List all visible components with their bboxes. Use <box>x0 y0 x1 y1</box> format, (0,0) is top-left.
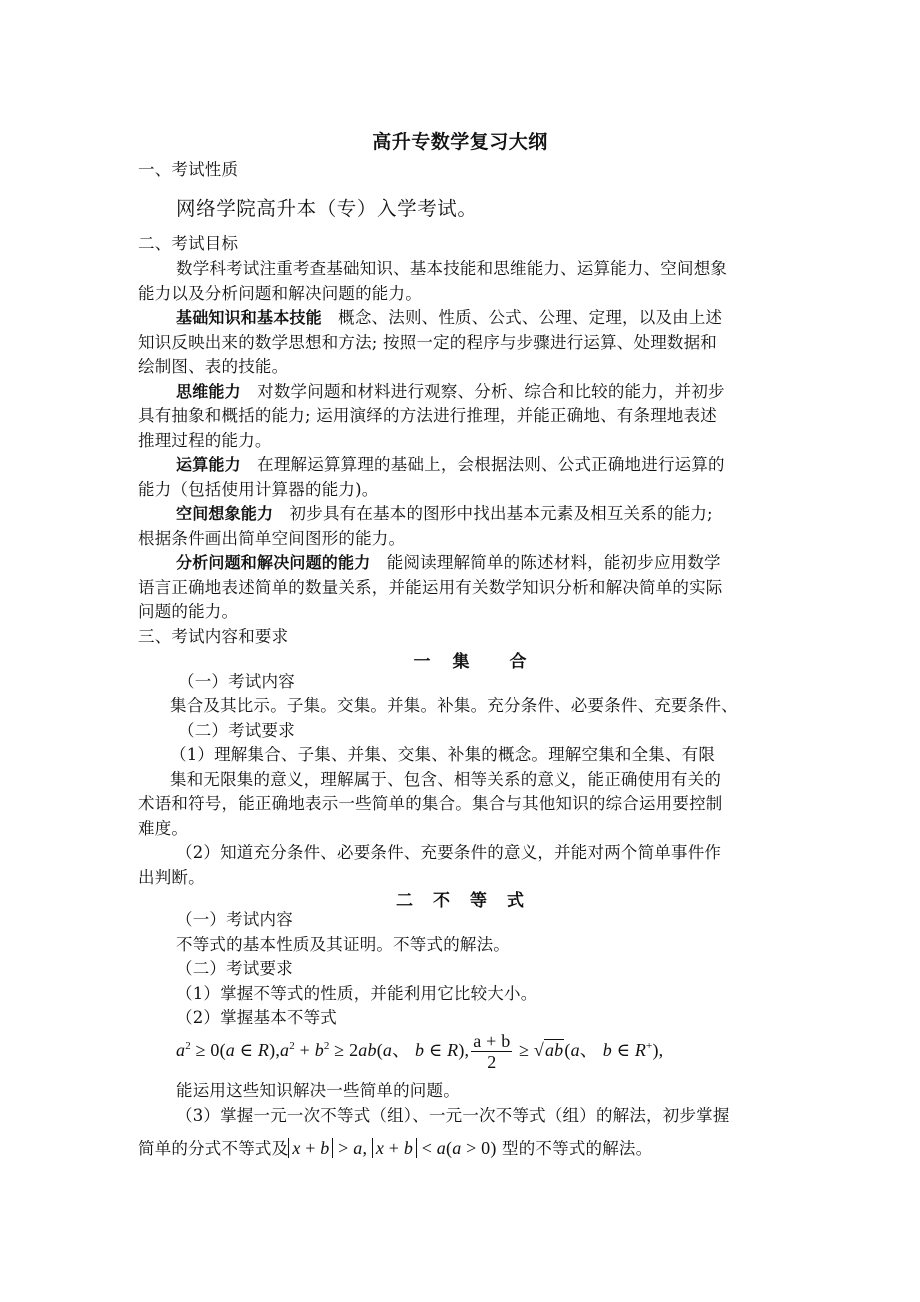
chapter2-req1: （1）掌握不等式的性质，并能利用它比较大小。 <box>176 984 537 1004</box>
ability-text-line: 能力（包括使用计算器的能力)。 <box>138 480 378 500</box>
section-heading-exam-content: 三、考试内容和要求 <box>138 627 288 647</box>
ability-spatial: 空间想象能力 初步具有在基本的图形中找出基本元素及相互关系的能力; <box>176 504 713 524</box>
chapter2-content-heading: （一）考试内容 <box>176 910 293 930</box>
chapter2-req3-line2: 简单的分式不等式及x + b > a, x + b < a(a > 0) 型的不… <box>138 1138 652 1159</box>
ability-basic-knowledge: 基础知识和基本技能 概念、法则、性质、公式、公理、定理，以及由上述 <box>176 308 722 328</box>
chapter2-content: 不等式的基本性质及其证明。不等式的解法。 <box>176 935 510 955</box>
ability-text-line: 根据条件画出简单空间图形的能力。 <box>138 529 405 549</box>
ability-text-line: 具有抽象和概括的能力; 运用演绎的方法进行推理，并能正确地、有条理地表述 <box>138 406 717 426</box>
ability-problem-solving: 分析问题和解决问题的能力 能阅读理解简单的陈述材料，能初步应用数学 <box>176 553 721 573</box>
ability-thinking: 思维能力 对数学问题和材料进行观察、分析、综合和比较的能力，并初步 <box>176 382 725 402</box>
chapter1-req1-line2: 集和无限集的意义，理解属于、包含、相等关系的意义，能正确使用有关的 <box>170 770 721 790</box>
goals-intro-line-1: 数学科考试注重考查基础知识、基本技能和思维能力、运算能力、空间想象 <box>176 259 727 279</box>
section-heading-exam-nature: 一、考试性质 <box>138 160 238 180</box>
section-heading-exam-goals: 二、考试目标 <box>138 234 238 254</box>
chapter1-req2-line2: 出判断。 <box>138 868 205 888</box>
document-page: 高升专数学复习大纲 一、考试性质 网络学院高升本（专）入学考试。 二、考试目标 … <box>0 0 920 1302</box>
chapter1-content-heading: （一）考试内容 <box>178 672 295 692</box>
chapter2-req2: （2）掌握基本不等式 <box>176 1008 337 1028</box>
basic-inequalities-formula: a2 ≥ 0(a ∈ R),a2 + b2 ≥ 2ab(a、 b ∈ R),a … <box>176 1030 663 1072</box>
chapter1-req2-line1: （2）知道充分条件、必要条件、充要条件的意义，并能对两个简单事件作 <box>176 843 721 863</box>
chapter2-requirements-heading: （二）考试要求 <box>176 959 293 979</box>
chapter2-req2-after: 能运用这些知识解决一些简单的问题。 <box>176 1081 460 1101</box>
formula-fraction: a + b2 <box>471 1031 512 1072</box>
formula-sqrt: ab <box>544 1039 564 1060</box>
document-title: 高升专数学复习大纲 <box>0 127 920 154</box>
chapter1-requirements-heading: （二）考试要求 <box>178 721 295 741</box>
ability-term: 基础知识和基本技能 <box>176 308 322 327</box>
ability-term: 思维能力 <box>176 382 241 401</box>
chapter2-req3-line1: （3）掌握一元一次不等式（组）、一元一次不等式（组）的解法，初步掌握 <box>176 1106 730 1126</box>
chapter-title-sets: 一集合 <box>0 647 920 672</box>
chapter1-req1-line4: 难度。 <box>138 819 188 839</box>
chapter-title-inequalities: 二不等式 <box>0 886 920 911</box>
chapter1-req1-line1: （1）理解集合、子集、并集、交集、补集的概念。理解空集和全集、有限 <box>170 745 715 765</box>
chapter1-req1-line3: 术语和符号，能正确地表示一些简单的集合。集合与其他知识的综合运用要控制 <box>138 794 723 814</box>
ability-term: 运算能力 <box>176 455 241 474</box>
ability-text-line: 问题的能力。 <box>138 602 238 622</box>
chapter1-content: 集合及其比示。子集。交集。并集。补集。充分条件、必要条件、充要条件、 <box>170 696 738 716</box>
ability-text: 对数学问题和材料进行观察、分析、综合和比较的能力，并初步 <box>257 382 725 401</box>
formula-sum-squares: a2 + b2 ≥ 2ab(a、 b ∈ R), <box>280 1040 469 1060</box>
formula-absolute-value: x + b > a, x + b < a(a > 0) <box>288 1138 496 1158</box>
formula-square-nonneg: a2 ≥ 0(a ∈ R), <box>176 1040 280 1060</box>
ability-text-line: 推理过程的能力。 <box>138 431 272 451</box>
exam-nature-body: 网络学院高升本（专）入学考试。 <box>176 197 478 221</box>
ability-term: 空间想象能力 <box>176 504 273 523</box>
ability-text-line: 知识反映出来的数学思想和方法; 按照一定的程序与步骤进行运算、处理数据和 <box>138 333 717 353</box>
goals-intro-line-2: 能力以及分析问题和解决问题的能力。 <box>138 284 422 304</box>
ability-text: 在理解运算算理的基础上，会根据法则、公式正确地进行运算的 <box>257 455 725 474</box>
ability-text-line: 语言正确地表述简单的数量关系，并能运用有关数学知识分析和解决简单的实际 <box>138 578 723 598</box>
ability-term: 分析问题和解决问题的能力 <box>176 553 370 572</box>
ability-text: 能阅读理解简单的陈述材料，能初步应用数学 <box>387 553 721 572</box>
ability-text: 概念、法则、性质、公式、公理、定理，以及由上述 <box>338 308 722 327</box>
ability-calculation: 运算能力 在理解运算算理的基础上，会根据法则、公式正确地进行运算的 <box>176 455 725 475</box>
ability-text: 初步具有在基本的图形中找出基本元素及相互关系的能力; <box>290 504 713 523</box>
ability-text-line: 绘制图、表的技能。 <box>138 357 288 377</box>
